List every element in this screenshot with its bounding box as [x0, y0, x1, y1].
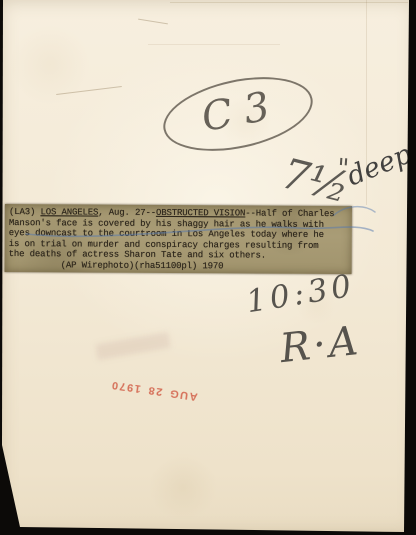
depth-word-note: deep [343, 139, 416, 193]
caption-line-3: eyes downcast to the courtroom in Los An… [9, 228, 352, 241]
faint-stamp-smudge [95, 332, 171, 361]
caption-credit-line: (AP Wirephoto)(rha51100pl) 1970 [61, 260, 352, 272]
impression-line-faint [148, 44, 280, 45]
received-date-stamp: AUG 28 1970 [102, 377, 199, 402]
caption-line-5: the deaths of actress Sharon Tate and si… [9, 249, 352, 262]
time-note: 10:30 [244, 268, 358, 321]
blue-pen-strokes [0, 0, 416, 535]
scratch-mark [138, 19, 168, 25]
caption-line-2: Manson's face is covered by his shaggy h… [9, 218, 352, 231]
caption-line-4: is on trial on murder and conspiracy cha… [9, 239, 352, 252]
circled-code-text: C3 [198, 82, 285, 141]
scratch-mark [56, 86, 122, 95]
circled-code-ellipse: C3 [157, 65, 320, 163]
initials-note: R·A [278, 318, 363, 372]
impression-line-vertical [366, 0, 367, 205]
caption-line-1: (LA3) LOS ANGELES, Aug. 27--OBSTRUCTED V… [9, 207, 352, 220]
caption-label: (LA3) LOS ANGELES, Aug. 27--OBSTRUCTED V… [5, 204, 352, 274]
photo-back-scan: C3 (LA3) LOS ANGELES, Aug. 27--OBSTRUCTE… [0, 0, 416, 535]
inch-ditto-mark: " [336, 154, 350, 185]
impression-line-top [170, 2, 408, 3]
photo-paper: C3 (LA3) LOS ANGELES, Aug. 27--OBSTRUCTE… [0, 0, 416, 535]
depth-measurement-note: 7½ [277, 149, 354, 213]
